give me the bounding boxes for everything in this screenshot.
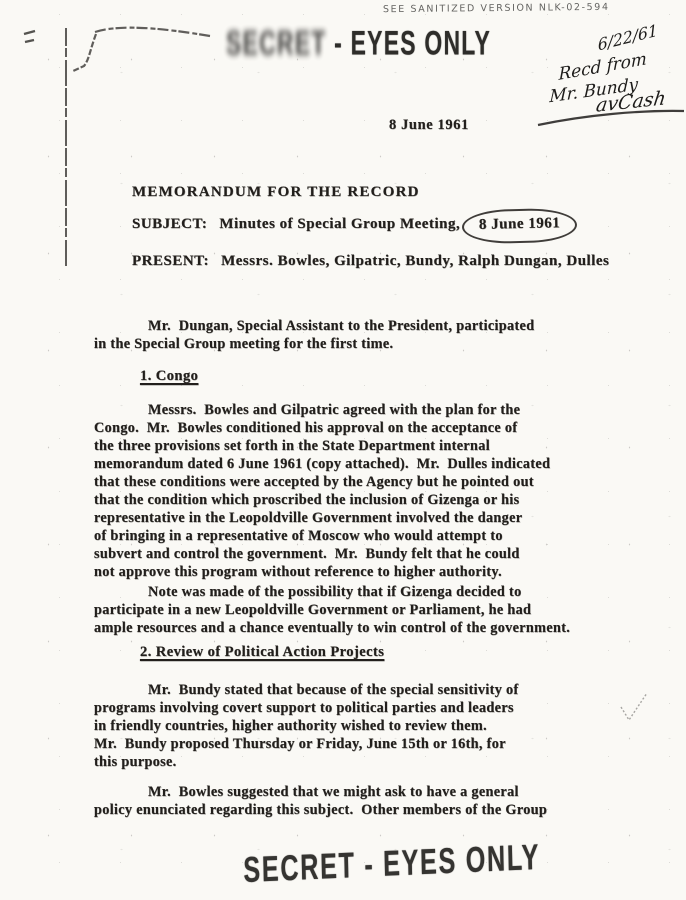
classification-stamp-top: SECRET - EYES ONLY: [226, 24, 491, 63]
bowles-paragraph: Mr. Bowles suggested that we might ask t…: [94, 783, 672, 819]
circle-annotation: 8 June 1961: [462, 208, 578, 244]
subject-text: Minutes of Special Group Meeting,: [219, 216, 460, 232]
section-heading-congo: 1. Congo: [140, 368, 198, 385]
archival-note: SEE SANITIZED VERSION NLK-02-594: [383, 2, 610, 15]
present-label: PRESENT:: [132, 253, 209, 269]
subject-line: SUBJECT:Minutes of Special Group Meeting…: [132, 216, 570, 233]
handwritten-date: 6/22/61: [597, 20, 658, 54]
present-text: Messrs. Bowles, Gilpatric, Bundy, Ralph …: [221, 253, 609, 269]
subject-label: SUBJECT:: [132, 216, 207, 232]
intro-paragraph: Mr. Dungan, Special Assistant to the Pre…: [94, 317, 672, 353]
gizenga-note-paragraph: Note was made of the possibility that if…: [94, 583, 672, 637]
bundy-paragraph: Mr. Bundy stated that because of the spe…: [94, 681, 672, 771]
stamp-classification-word: SECRET: [226, 24, 327, 62]
pencil-scribble: [10, 20, 220, 280]
date-line: 8 June 1961: [389, 117, 469, 134]
section-heading-political-action: 2. Review of Political Action Projects: [140, 644, 384, 661]
memo-scanned-page: SEE SANITIZED VERSION NLK-02-594 SECRET …: [0, 0, 686, 900]
present-line: PRESENT:Messrs. Bowles, Gilpatric, Bundy…: [132, 253, 609, 270]
stamp-eyes-only-word: - EYES ONLY: [327, 24, 491, 62]
classification-stamp-bottom: SECRET - EYES ONLY: [243, 838, 541, 892]
congo-paragraph: Messrs. Bowles and Gilpatric agreed with…: [94, 401, 672, 581]
signature-underline: [536, 104, 686, 130]
memo-title: MEMORANDUM FOR THE RECORD: [132, 184, 420, 201]
checkmark-scribble: [615, 685, 655, 730]
